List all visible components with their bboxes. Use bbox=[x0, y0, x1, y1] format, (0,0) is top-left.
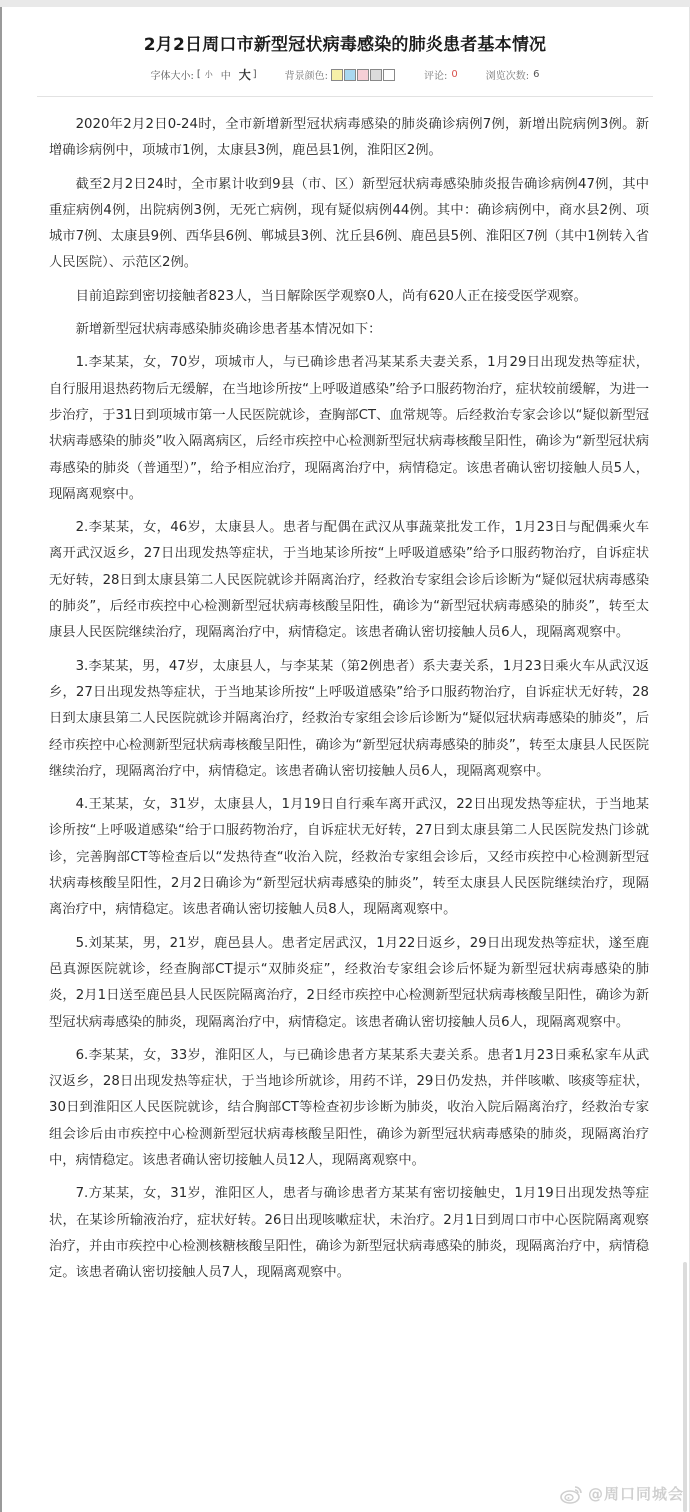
views-info: 浏览次数: 6 bbox=[486, 67, 540, 82]
comments-count: 0 bbox=[451, 69, 457, 80]
views-label: 浏览次数: bbox=[486, 67, 529, 82]
background-color-control: 背景颜色: bbox=[285, 67, 396, 82]
article-meta-bar: 字体大小: [ 小 中 大 ] 背景颜色: 评论: 0 浏览次数: 6 bbox=[0, 66, 690, 83]
paragraph-case-2: 2.李某某，女，46岁，太康县人。患者与配偶在武汉从事蔬菜批发工作，1月23日与… bbox=[49, 515, 649, 646]
font-size-large-button[interactable]: 大 bbox=[239, 66, 251, 83]
scrollbar[interactable] bbox=[683, 1262, 687, 1512]
views-count: 6 bbox=[533, 69, 539, 80]
paragraph-summary-new: 2020年2月2日0-24时，全市新增新型冠状病毒感染的肺炎确诊病例7例，新增出… bbox=[49, 112, 649, 165]
paragraph-close-contacts: 目前追踪到密切接触者823人，当日解除医学观察0人，尚有620人正在接受医学观察… bbox=[49, 284, 649, 310]
font-size-bracket-open: [ bbox=[197, 69, 201, 80]
swatch-pink-button[interactable] bbox=[357, 69, 369, 81]
weibo-icon bbox=[560, 1484, 584, 1504]
paragraph-case-5: 5.刘某某，男，21岁，鹿邑县人。患者定居武汉，1月22日返乡，29日出现发热等… bbox=[49, 931, 649, 1036]
weibo-watermark: @周口同城会 bbox=[560, 1483, 684, 1504]
paragraph-cases-intro: 新增新型冠状病毒感染肺炎确诊患者基本情况如下： bbox=[49, 317, 649, 343]
swatch-yellow-button[interactable] bbox=[331, 69, 343, 81]
paragraph-case-7: 7.方某某，女，31岁，淮阳区人，患者与确诊患者方某某有密切接触史，1月19日出… bbox=[49, 1181, 649, 1286]
swatch-gray-button[interactable] bbox=[370, 69, 382, 81]
header-divider bbox=[37, 96, 653, 97]
paragraph-summary-cumulative: 截至2月2日24时，全市累计收到9县（市、区）新型冠状病毒感染肺炎报告确诊病例4… bbox=[49, 172, 649, 277]
article-body: 2020年2月2日0-24时，全市新增新型冠状病毒感染的肺炎确诊病例7例，新增出… bbox=[49, 112, 649, 1293]
swatch-blue-button[interactable] bbox=[344, 69, 356, 81]
font-size-medium-button[interactable]: 中 bbox=[221, 67, 231, 82]
font-size-label: 字体大小: bbox=[150, 67, 193, 82]
font-size-bracket-close: ] bbox=[253, 69, 257, 80]
watermark-text: @周口同城会 bbox=[588, 1483, 684, 1504]
comments-label: 评论: bbox=[424, 67, 447, 82]
font-size-small-button[interactable]: 小 bbox=[205, 69, 213, 80]
article-title: 2月2日周口市新型冠状病毒感染的肺炎患者基本情况 bbox=[0, 30, 690, 55]
comments-info[interactable]: 评论: 0 bbox=[424, 67, 458, 82]
top-bar bbox=[0, 0, 690, 7]
paragraph-case-6: 6.李某某，女，33岁，淮阳区人，与已确诊患者方某某系夫妻关系。患者1月23日乘… bbox=[49, 1043, 649, 1174]
left-border bbox=[0, 7, 2, 1512]
paragraph-case-3: 3.李某某，男，47岁，太康县人，与李某某（第2例患者）系夫妻关系，1月23日乘… bbox=[49, 654, 649, 785]
paragraph-case-1: 1.李某某，女，70岁，项城市人，与已确诊患者冯某某系夫妻关系，1月29日出现发… bbox=[49, 350, 649, 508]
font-size-control: 字体大小: [ 小 中 大 ] bbox=[150, 66, 256, 83]
background-color-label: 背景颜色: bbox=[285, 67, 328, 82]
paragraph-case-4: 4.王某某，女，31岁，太康县人，1月19日自行乘车离开武汉，22日出现发热等症… bbox=[49, 792, 649, 923]
swatch-white-button[interactable] bbox=[383, 69, 395, 81]
